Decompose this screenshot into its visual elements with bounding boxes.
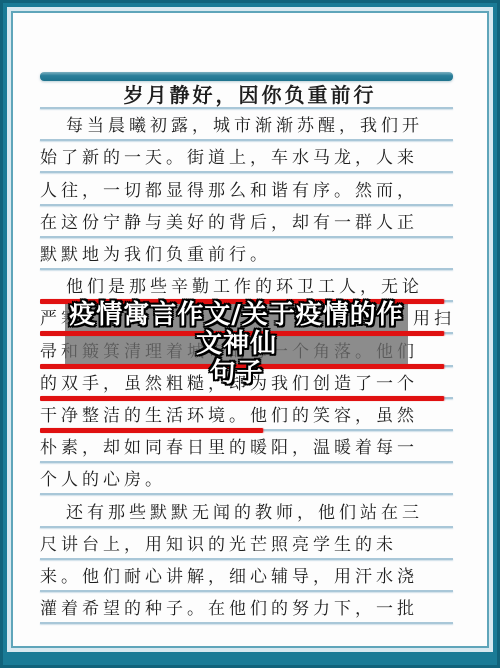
essay-line: 灌着希望的种子。在他们的努力下，一批 (40, 595, 455, 623)
essay-line: 默默地为我们负重前行。 (40, 241, 455, 269)
essay-line: 还有那些默默无闻的教师，他们站在三 (40, 499, 481, 527)
overlay-title-line2: 句子 (59, 359, 414, 388)
essay-heading: 岁月静好，因你负重前行 (13, 81, 487, 109)
essay-line: 每当晨曦初露，城市渐渐苏醒，我们开 (40, 112, 481, 140)
red-underline (40, 396, 444, 401)
video-title-overlay: 疫情寓言作文/关于疫情的作文神仙 句子 (59, 301, 414, 388)
ruled-line (40, 107, 453, 109)
essay-line: 人往，一切都显得那么和谐有序。然而， (40, 177, 455, 205)
essay-line: 朴素，却如同春日里的暖阳，温暖着每一 (40, 434, 455, 462)
essay-line-right-fragment: 用扫 (413, 305, 455, 333)
essay-line: 始了新的一天。街道上，车水马龙，人来 (40, 144, 455, 172)
essay-line: 尺讲台上，用知识的光芒照亮学生的未 (40, 531, 455, 559)
essay-line: 干净整洁的生活环境。他们的笑容，虽然 (40, 402, 455, 430)
essay-line: 来。他们耐心讲解，细心辅导，用汗水浇 (40, 563, 455, 591)
essay-line: 个人的心房。 (40, 466, 455, 494)
overlay-title-line1: 疫情寓言作文/关于疫情的作文神仙 (59, 301, 414, 359)
essay-line: 在这份宁静与美好的背后，却有一群人正 (40, 209, 455, 237)
notebook-paper: 岁月静好，因你负重前行 每当晨曦初露，城市渐渐苏醒，我们开始了新的一天。街道上，… (13, 13, 487, 646)
essay-line: 他们是那些辛勤工作的环卫工人，无论 (40, 273, 481, 301)
red-underline (40, 428, 263, 433)
top-divider-bar (40, 72, 453, 81)
photo-frame: 岁月静好，因你负重前行 每当晨曦初露，城市渐渐苏醒，我们开始了新的一天。街道上，… (0, 0, 500, 668)
